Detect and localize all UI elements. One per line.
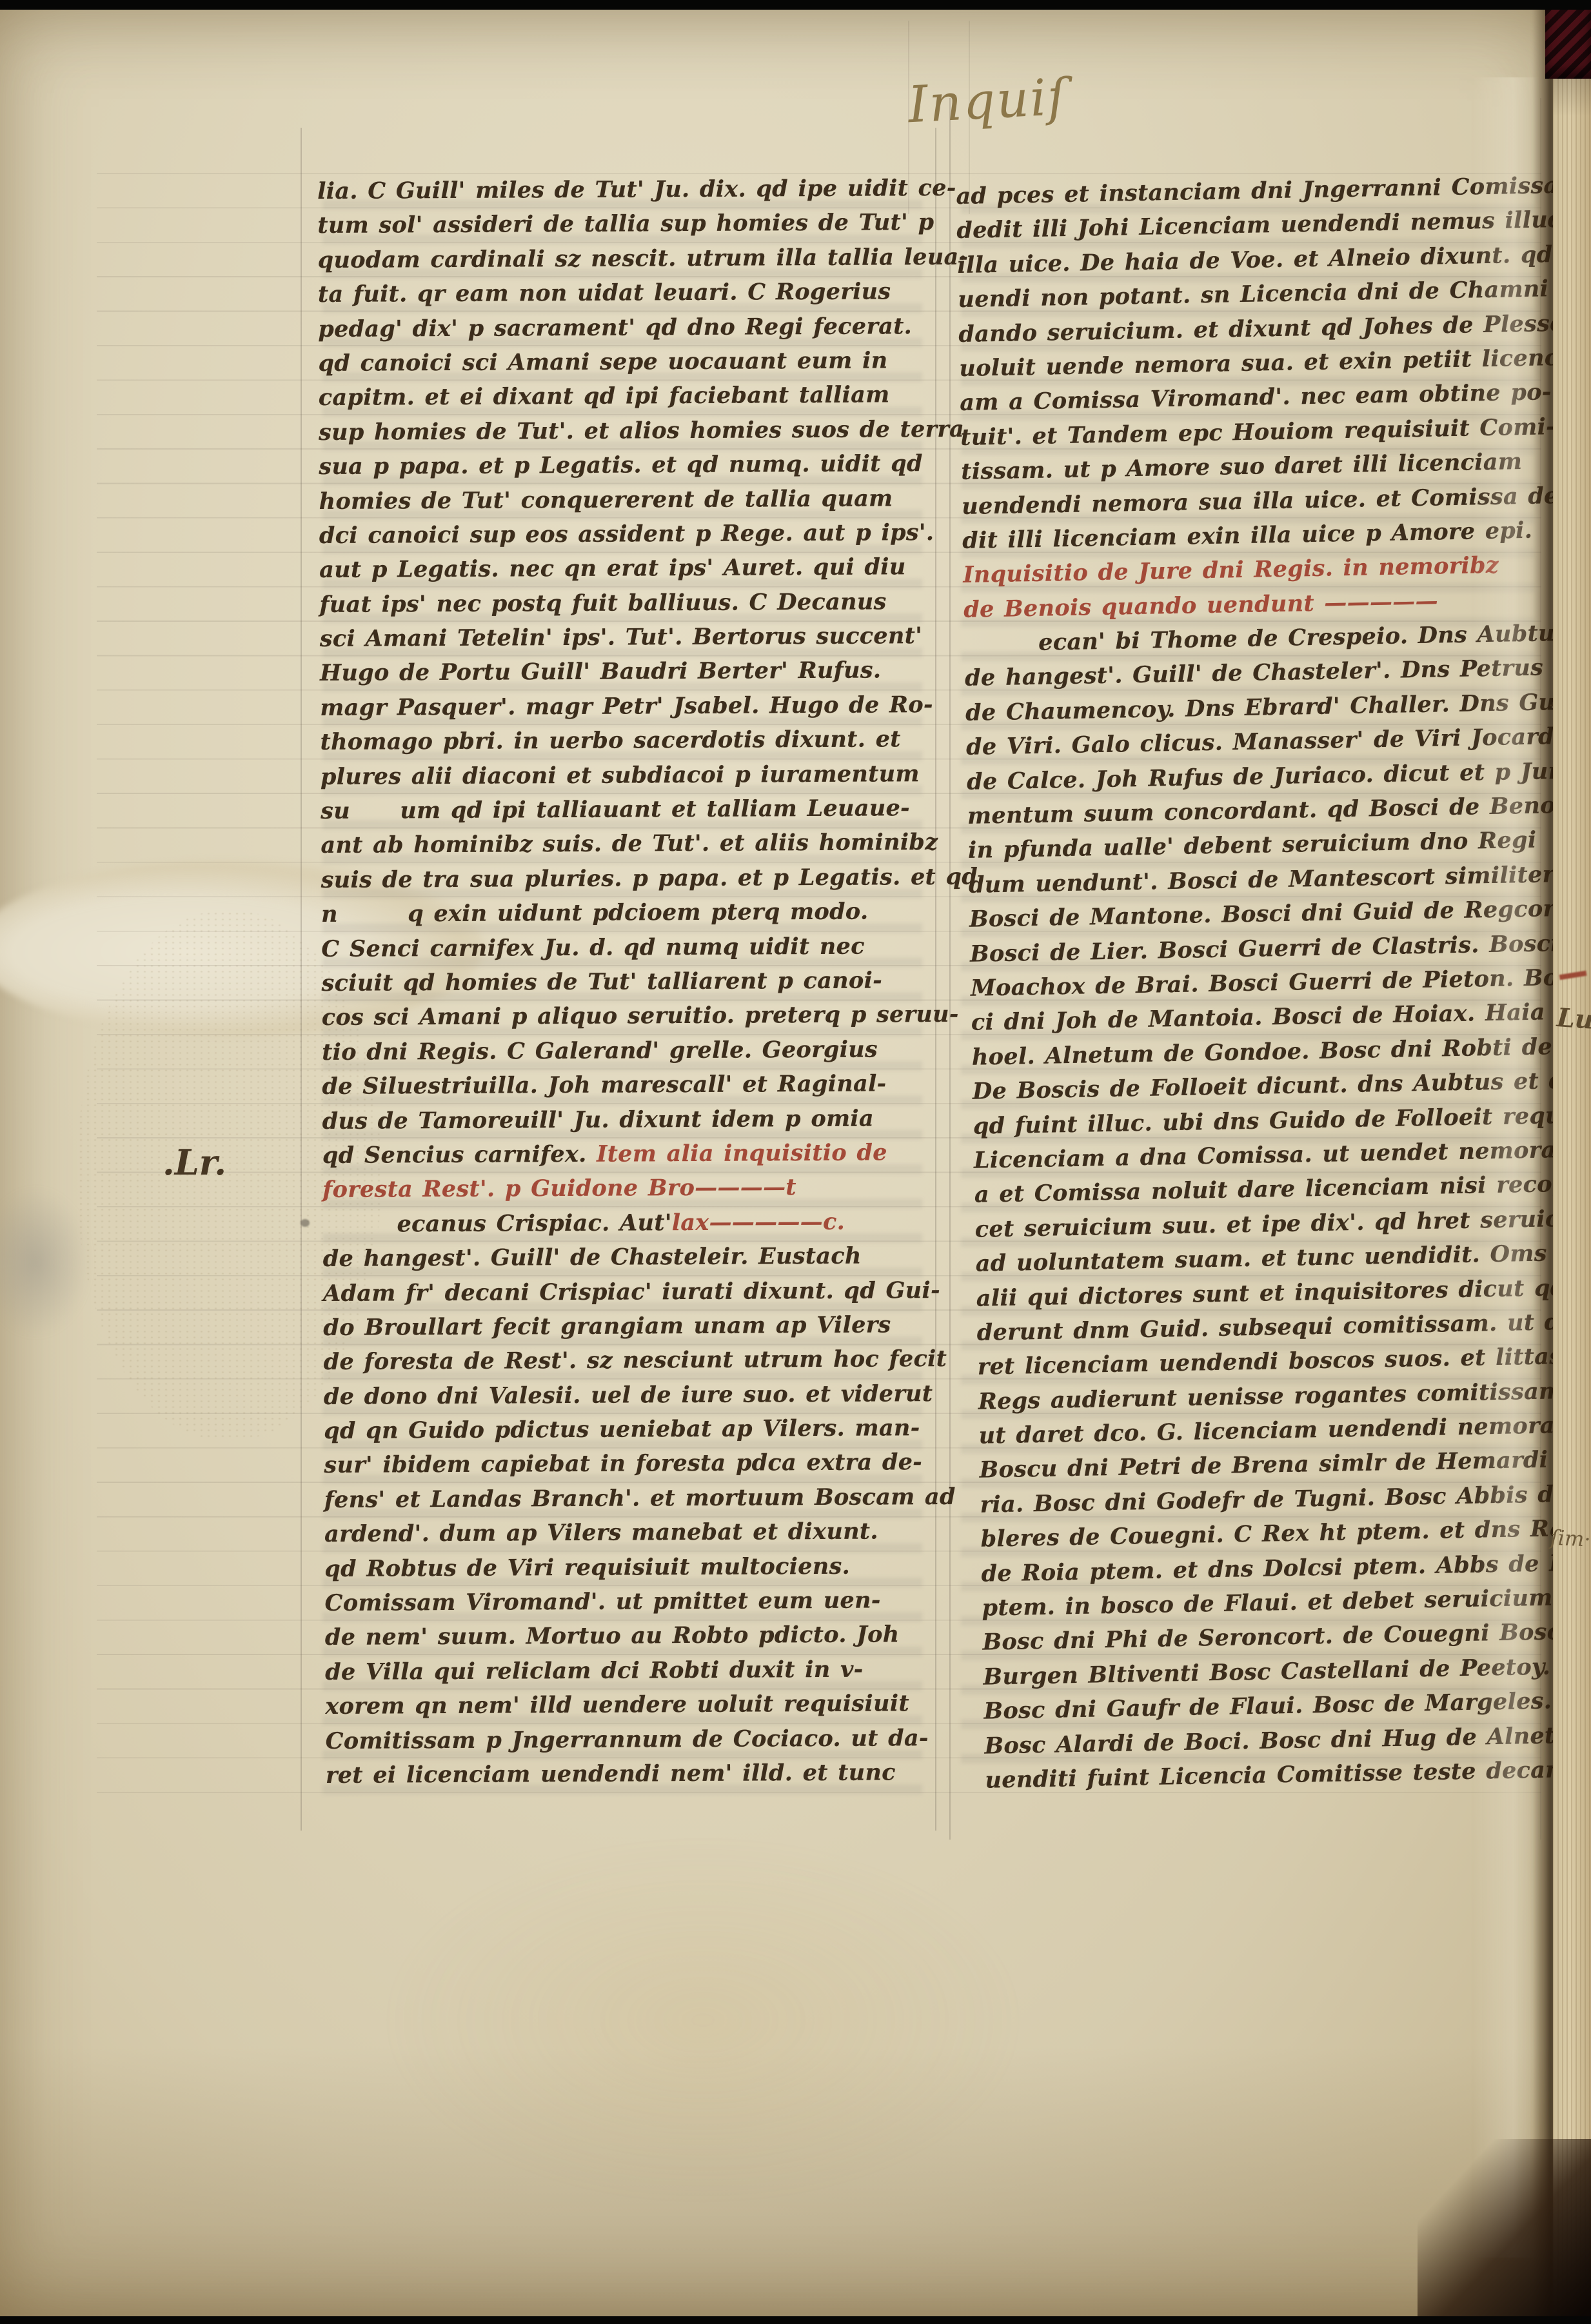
ink-text: de hangest'. Guill' de Chasteler'. Dns P… — [965, 655, 1544, 691]
text-line: thomago pbri. in uerbo sacerdotis dixunt… — [320, 722, 942, 759]
parchment-page: Inquiſ lia. C Guill' miles de Tut' Ju. d… — [0, 8, 1591, 2317]
ink-text: ret ei licenciam uendendi nem' illd. et … — [326, 1759, 896, 1789]
ink-text: Burgen Bltiventi Bosc Castellani de Peet… — [983, 1653, 1550, 1690]
ink-text: ardend'. dum ap Vilers manebat et dixunt… — [324, 1518, 878, 1547]
ink-text: uendi non potant. sn Licencia dni de Cha… — [958, 275, 1549, 313]
text-line: sup homies de Tut'. et alios homies suos… — [319, 412, 941, 450]
text-line: xorem qn nem' illd uendere uoluit requis… — [325, 1686, 947, 1723]
text-line: su um qd ipi talliauant et talliam Leuau… — [321, 791, 943, 828]
ink-text: sua p papa. et p Legatis. et qd numq. ui… — [319, 450, 923, 480]
text-line: quodam cardinali sz nescit. utrum illa t… — [318, 240, 940, 277]
text-line: ret ei licenciam uendendi nem' illd. et … — [326, 1755, 948, 1793]
ink-text: sup homies de Tut'. et alios homies suos… — [319, 415, 964, 445]
text-line: dci canoici sup eos assident p Rege. aut… — [319, 515, 942, 553]
text-line: ant ab hominibz suis. de Tut'. et aliis … — [321, 825, 943, 862]
ink-text: C Senci carnifex Ju. d. qd numq uidit ne… — [321, 933, 865, 962]
ink-text: qd qn Guido pdictus ueniebat ap Vilers. … — [324, 1415, 920, 1444]
ink-text: sci Amani Tetelin' ips'. Tut'. Bertorus … — [320, 622, 923, 652]
text-line: fuat ips' nec postq fuit balliuus. C Dec… — [319, 584, 942, 622]
ink-text: ta fuit. qr eam non uidat leuari. C Roge… — [318, 279, 891, 308]
ink-text: de Villa qui reliclam dci Robti duxit in… — [325, 1656, 864, 1685]
text-line: lia. C Guill' miles de Tut' Ju. dix. qd … — [317, 171, 940, 208]
text-line: tio dni Regis. C Galerand' grelle. Georg… — [322, 1032, 944, 1069]
gray-stain — [0, 1188, 90, 1336]
text-line: de nem' suum. Mortuo au Robto pdicto. Jo… — [325, 1617, 947, 1654]
text-line: pedag' dix' p sacrament' qd dno Regi fec… — [318, 309, 940, 346]
left-margin-mark: .Lr. — [163, 1142, 226, 1183]
left-column: lia. C Guill' miles de Tut' Ju. dix. qd … — [317, 171, 948, 1793]
ink-text: thomago pbri. in uerbo sacerdotis dixunt… — [321, 726, 901, 756]
edge-mark-upper: Lu — [1556, 1002, 1591, 1035]
text-line: cos sci Amani p aliquo seruitio. preterq… — [322, 997, 944, 1035]
folio-fore-edge-stack — [1553, 0, 1591, 2324]
ink-text: dci canoici sup eos assident p Rege. aut… — [319, 519, 934, 549]
ink-text: qd canoici sci Amani sepe uocauant eum i… — [318, 347, 887, 377]
text-line: aut p Legatis. nec qn erat ips' Auret. q… — [319, 550, 942, 587]
ink-text: Bosc dni Gaufr de Flaui. Bosc de Margele… — [983, 1688, 1552, 1725]
ink-text: de hangest'. Guill' de Chasteleir. Eusta… — [323, 1243, 862, 1272]
top-black-band — [0, 0, 1591, 10]
ink-text: pedag' dix' p sacrament' qd dno Regi fec… — [318, 313, 912, 343]
running-header: Inquiſ — [907, 68, 1069, 135]
rubric-text: foresta Rest'. p Guidone Bro————t — [322, 1174, 796, 1203]
text-line: do Broullart fecit grangiam unam ap Vile… — [323, 1307, 945, 1345]
text-line: Comitissam p Jngerrannum de Cociaco. ut … — [326, 1720, 948, 1758]
text-line: sur' ibidem capiebat in foresta pdca ext… — [324, 1445, 946, 1482]
manuscript-photo: Inquiſ lia. C Guill' miles de Tut' Ju. d… — [0, 0, 1591, 2324]
text-line: magr Pasquer'. magr Petr' Jsabel. Hugo d… — [320, 688, 942, 725]
text-line: qd qn Guido pdictus ueniebat ap Vilers. … — [324, 1411, 946, 1448]
ink-text: qd Sencius carnifex. — [322, 1141, 597, 1169]
ink-text: magr Pasquer'. magr Petr' Jsabel. Hugo d… — [320, 691, 933, 721]
text-line: suis de tra sua pluries. p papa. et p Le… — [321, 860, 944, 897]
ink-text: ecanus Crispiac. Aut' — [397, 1209, 671, 1237]
ink-text: sciuit qd homies de Tut' talliarent p ca… — [321, 967, 882, 997]
text-line: qd canoici sci Amani sepe uocauant eum i… — [318, 343, 940, 381]
ink-text: tum sol' assideri de tallia sup homies d… — [317, 209, 934, 239]
text-line: dus de Tamoreuill' Ju. dixunt idem p omi… — [322, 1100, 945, 1138]
text-line: sua p papa. et p Legatis. et qd numq. ui… — [319, 446, 941, 484]
ink-text: aut p Legatis. nec qn erat ips' Auret. q… — [319, 554, 906, 584]
text-line: Adam fr' decani Crispiac' iurati dixunt.… — [323, 1273, 945, 1310]
ink-text: suis de tra sua pluries. p papa. et p Le… — [321, 863, 978, 893]
ink-text: dit illi licenciam exin illa uice p Amor… — [962, 517, 1533, 554]
text-line: n q exin uidunt pdcioem pterq modo. — [321, 894, 944, 931]
ink-text: xorem qn nem' illd uendere uoluit requis… — [325, 1690, 909, 1720]
ink-text: homies de Tut' conquererent de tallia qu… — [319, 485, 893, 515]
text-line: foresta Rest'. p Guidone Bro————t — [322, 1169, 945, 1207]
ink-text: fuat ips' nec postq fuit balliuus. C Dec… — [319, 588, 886, 618]
ink-text: Comissam Viromand'. ut pmittet eum uen- — [324, 1587, 880, 1616]
text-line: de hangest'. Guill' de Chasteleir. Eusta… — [323, 1238, 945, 1276]
text-line: de dono dni Valesii. uel de iure suo. et… — [324, 1376, 946, 1414]
text-line: ecanus Crispiac. Aut'lax—————c. — [322, 1204, 945, 1242]
text-line: ta fuit. qr eam non uidat leuari. C Roge… — [318, 274, 940, 312]
rubric-text: de Benois quando uendunt ————— — [963, 588, 1438, 622]
ink-text: de nem' suum. Mortuo au Robto pdicto. Jo… — [325, 1622, 900, 1651]
binding-corner — [1545, 0, 1591, 79]
ink-text: sur' ibidem capiebat in foresta pdca ext… — [324, 1449, 922, 1479]
bottom-black-band — [0, 2316, 1591, 2324]
ink-text: lia. C Guill' miles de Tut' Ju. dix. qd … — [317, 175, 956, 204]
text-line: sci Amani Tetelin' ips'. Tut'. Bertorus … — [320, 619, 942, 656]
ink-text: tissam. ut p Amore suo daret illi licenc… — [961, 448, 1523, 485]
ink-text: fens' et Landas Branch'. et mortuum Bosc… — [324, 1484, 956, 1513]
ink-text: su um qd ipi talliauant et talliam Leuau… — [321, 795, 910, 824]
rubric-text: Inquisitio de Jure dni Regis. in nemorib… — [963, 552, 1499, 588]
ink-text: n q exin uidunt pdcioem pterq modo. — [321, 899, 869, 928]
text-line: de Villa qui reliclam dci Robti duxit in… — [325, 1652, 947, 1689]
ink-text: de dono dni Valesii. uel de iure suo. et… — [324, 1380, 933, 1410]
text-line: qd Sencius carnifex. Item alia inquisiti… — [322, 1135, 945, 1173]
ink-text: de foresta de Rest'. sz nesciunt utrum h… — [324, 1346, 947, 1375]
ink-text: Adam fr' decani Crispiac' iurati dixunt.… — [323, 1276, 940, 1306]
text-line: sciuit qd homies de Tut' talliarent p ca… — [321, 963, 944, 1000]
text-line: Comissam Viromand'. ut pmittet eum uen- — [324, 1583, 947, 1620]
ink-text: capitm. et ei dixant qd ipi faciebant ta… — [319, 382, 890, 412]
ink-text: dus de Tamoreuill' Ju. dixunt idem p omi… — [322, 1105, 874, 1134]
edge-mark-lower: ſim· — [1550, 1525, 1591, 1551]
text-line: homies de Tut' conquererent de tallia qu… — [319, 481, 942, 518]
ink-text: qd Robtus de Viri requisiuit multociens. — [324, 1553, 850, 1582]
column-rule-left — [301, 128, 302, 1831]
ink-text: cos sci Amani p aliquo seruitio. preterq… — [322, 1001, 959, 1031]
ink-text: ut daret dco. G. licenciam uendendi nemo… — [978, 1412, 1555, 1449]
board-corner — [1418, 2139, 1591, 2324]
text-line: Hugo de Portu Guill' Baudri Berter' Rufu… — [320, 653, 942, 690]
ink-text: tio dni Regis. C Galerand' grelle. Georg… — [322, 1036, 878, 1066]
text-line: qd Robtus de Viri requisiuit multociens. — [324, 1549, 947, 1586]
text-line: fens' et Landas Branch'. et mortuum Bosc… — [324, 1480, 947, 1517]
ink-text: ant ab hominibz suis. de Tut'. et aliis … — [321, 829, 938, 859]
ink-text: Hugo de Portu Guill' Baudri Berter' Rufu… — [320, 657, 881, 687]
ink-text: plures alii diaconi et subdiacoi p iuram… — [321, 760, 920, 790]
ink-text: do Broullart fecit grangiam unam ap Vile… — [323, 1311, 891, 1341]
text-line: tum sol' assideri de tallia sup homies d… — [317, 205, 940, 243]
ink-text: in pfunda ualle' debent seruicium dno Re… — [968, 827, 1537, 864]
ink-text: am a Comissa Viromand'. nec eam obtine p… — [960, 379, 1552, 416]
text-line: plures alii diaconi et subdiacoi p iuram… — [321, 757, 943, 794]
text-line: C Senci carnifex Ju. d. qd numq uidit ne… — [321, 929, 944, 966]
ink-text: de Siluestriuilla. Joh marescall' et Rag… — [322, 1071, 886, 1100]
rubric-text: Item alia inquisitio de — [597, 1139, 887, 1167]
text-line: capitm. et ei dixant qd ipi faciebant ta… — [319, 377, 941, 415]
text-line: ardend'. dum ap Vilers manebat et dixunt… — [324, 1514, 947, 1551]
page-bend-highlight — [1473, 77, 1540, 2258]
ink-text: Comitissam p Jngerrannum de Cociaco. ut … — [326, 1725, 929, 1754]
ink-text: quodam cardinali sz nescit. utrum illa t… — [318, 243, 969, 273]
text-line: de foresta de Rest'. sz nesciunt utrum h… — [324, 1342, 946, 1379]
text-line: de Siluestriuilla. Joh marescall' et Rag… — [322, 1066, 944, 1104]
bottom-stain — [387, 1840, 1019, 2201]
rubric-text: lax—————c. — [672, 1208, 845, 1235]
column-rule-center-b — [949, 98, 951, 1840]
